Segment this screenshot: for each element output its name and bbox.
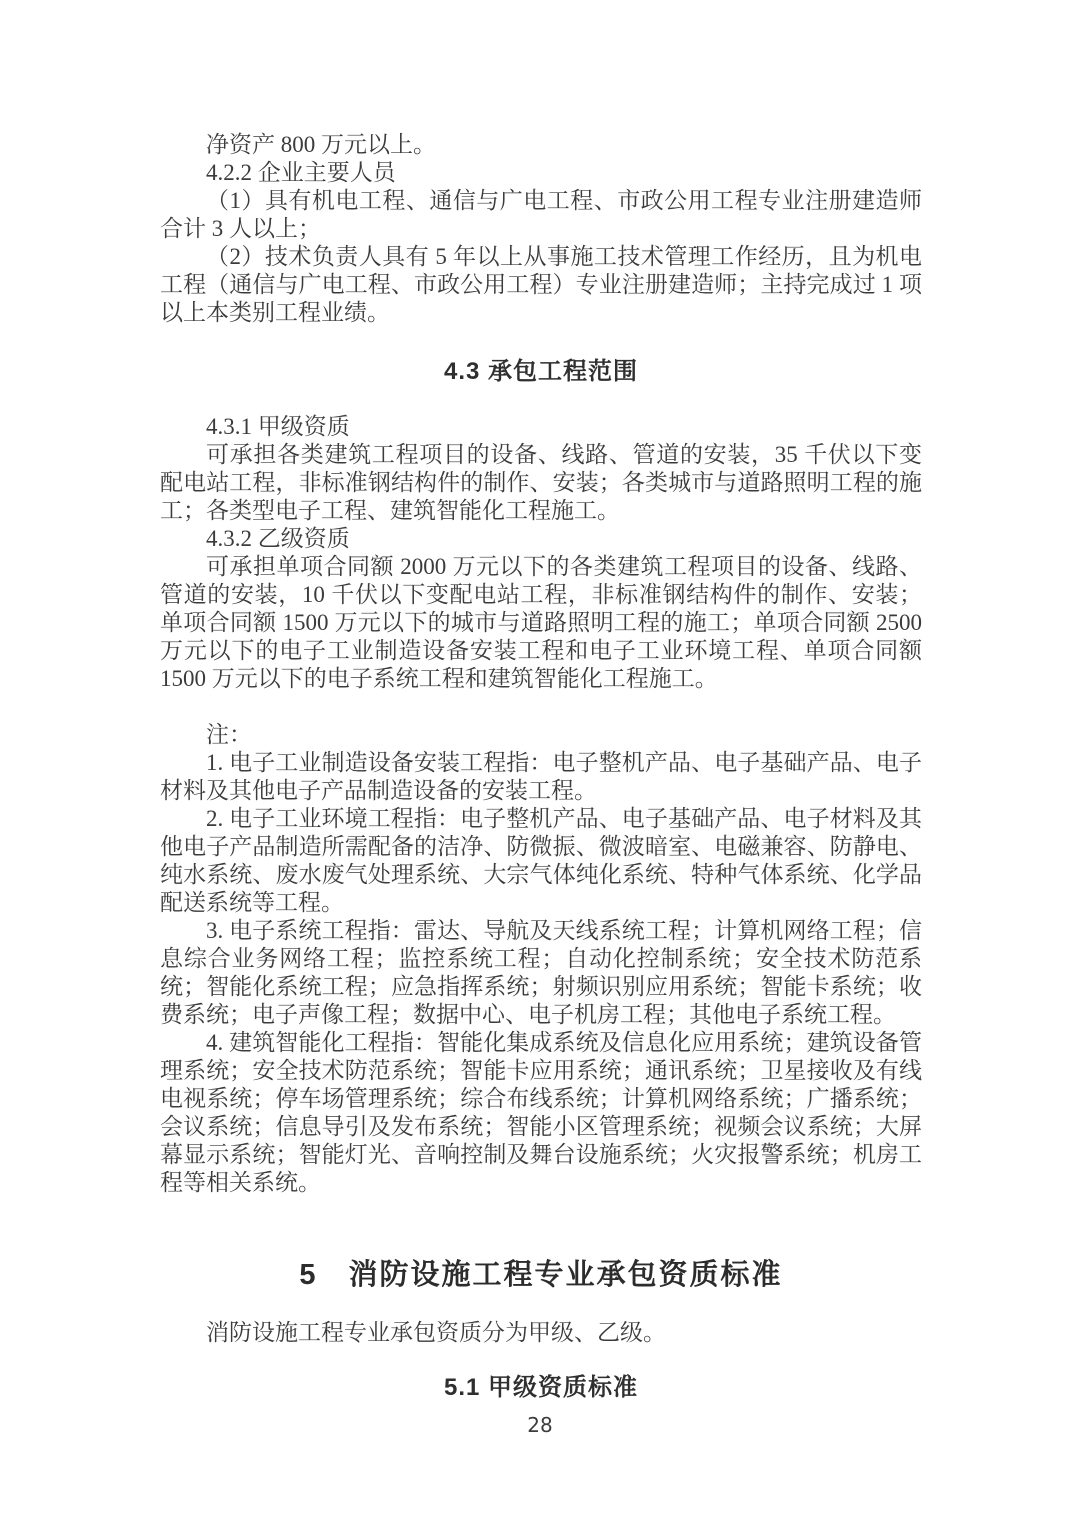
paragraph-clause-4-2-2: 4.2.2 企业主要人员	[160, 159, 922, 187]
paragraph: 可承担各类建筑工程项目的设备、线路、管道的安装，35 千伏以下变配电站工程，非标…	[160, 441, 922, 525]
note-item: 3. 电子系统工程指：雷达、导航及天线系统工程；计算机网络工程；信息综合业务网络…	[160, 917, 922, 1029]
paragraph-clause-4-3-1: 4.3.1 甲级资质	[160, 413, 922, 441]
document-page: 净资产 800 万元以上。 4.2.2 企业主要人员 （1）具有机电工程、通信与…	[0, 0, 1080, 1527]
paragraph-section-5-intro: 消防设施工程专业承包资质分为甲级、乙级。	[160, 1319, 922, 1347]
paragraph: （2）技术负责人具有 5 年以上从事施工技术管理工作经历，且为机电工程（通信与广…	[160, 243, 922, 327]
paragraph: （1）具有机电工程、通信与广电工程、市政公用工程专业注册建造师合计 3 人以上；	[160, 187, 922, 243]
paragraph: 可承担单项合同额 2000 万元以下的各类建筑工程项目的设备、线路、管道的安装，…	[160, 553, 922, 693]
note-item: 2. 电子工业环境工程指：电子整机产品、电子基础产品、电子材料及其他电子产品制造…	[160, 805, 922, 917]
page-content: 净资产 800 万元以上。 4.2.2 企业主要人员 （1）具有机电工程、通信与…	[160, 131, 922, 1404]
paragraph-clause-4-3-2: 4.3.2 乙级资质	[160, 525, 922, 553]
note-item: 1. 电子工业制造设备安装工程指：电子整机产品、电子基础产品、电子材料及其他电子…	[160, 749, 922, 805]
notes-label: 注：	[160, 721, 922, 749]
section-5-1-heading: 5.1 甲级资质标准	[160, 1372, 922, 1404]
notes-block: 注： 1. 电子工业制造设备安装工程指：电子整机产品、电子基础产品、电子材料及其…	[160, 721, 922, 1197]
section-5-heading: 5 消防设施工程专业承包资质标准	[160, 1254, 922, 1296]
page-number: 28	[0, 1411, 1080, 1439]
paragraph: 净资产 800 万元以上。	[160, 131, 922, 159]
note-item: 4. 建筑智能化工程指：智能化集成系统及信息化应用系统；建筑设备管理系统；安全技…	[160, 1029, 922, 1197]
section-4-3-heading: 4.3 承包工程范围	[160, 356, 922, 388]
